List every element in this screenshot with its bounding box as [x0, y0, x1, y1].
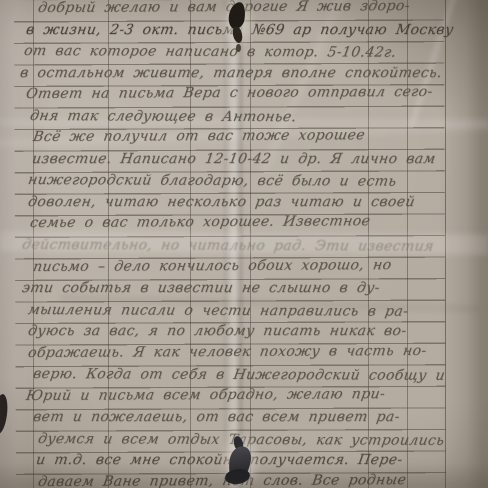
- photo-vignette: [0, 0, 488, 488]
- letter-photo: добрый желаю и вам дорогие Я жив здоро- …: [0, 0, 488, 488]
